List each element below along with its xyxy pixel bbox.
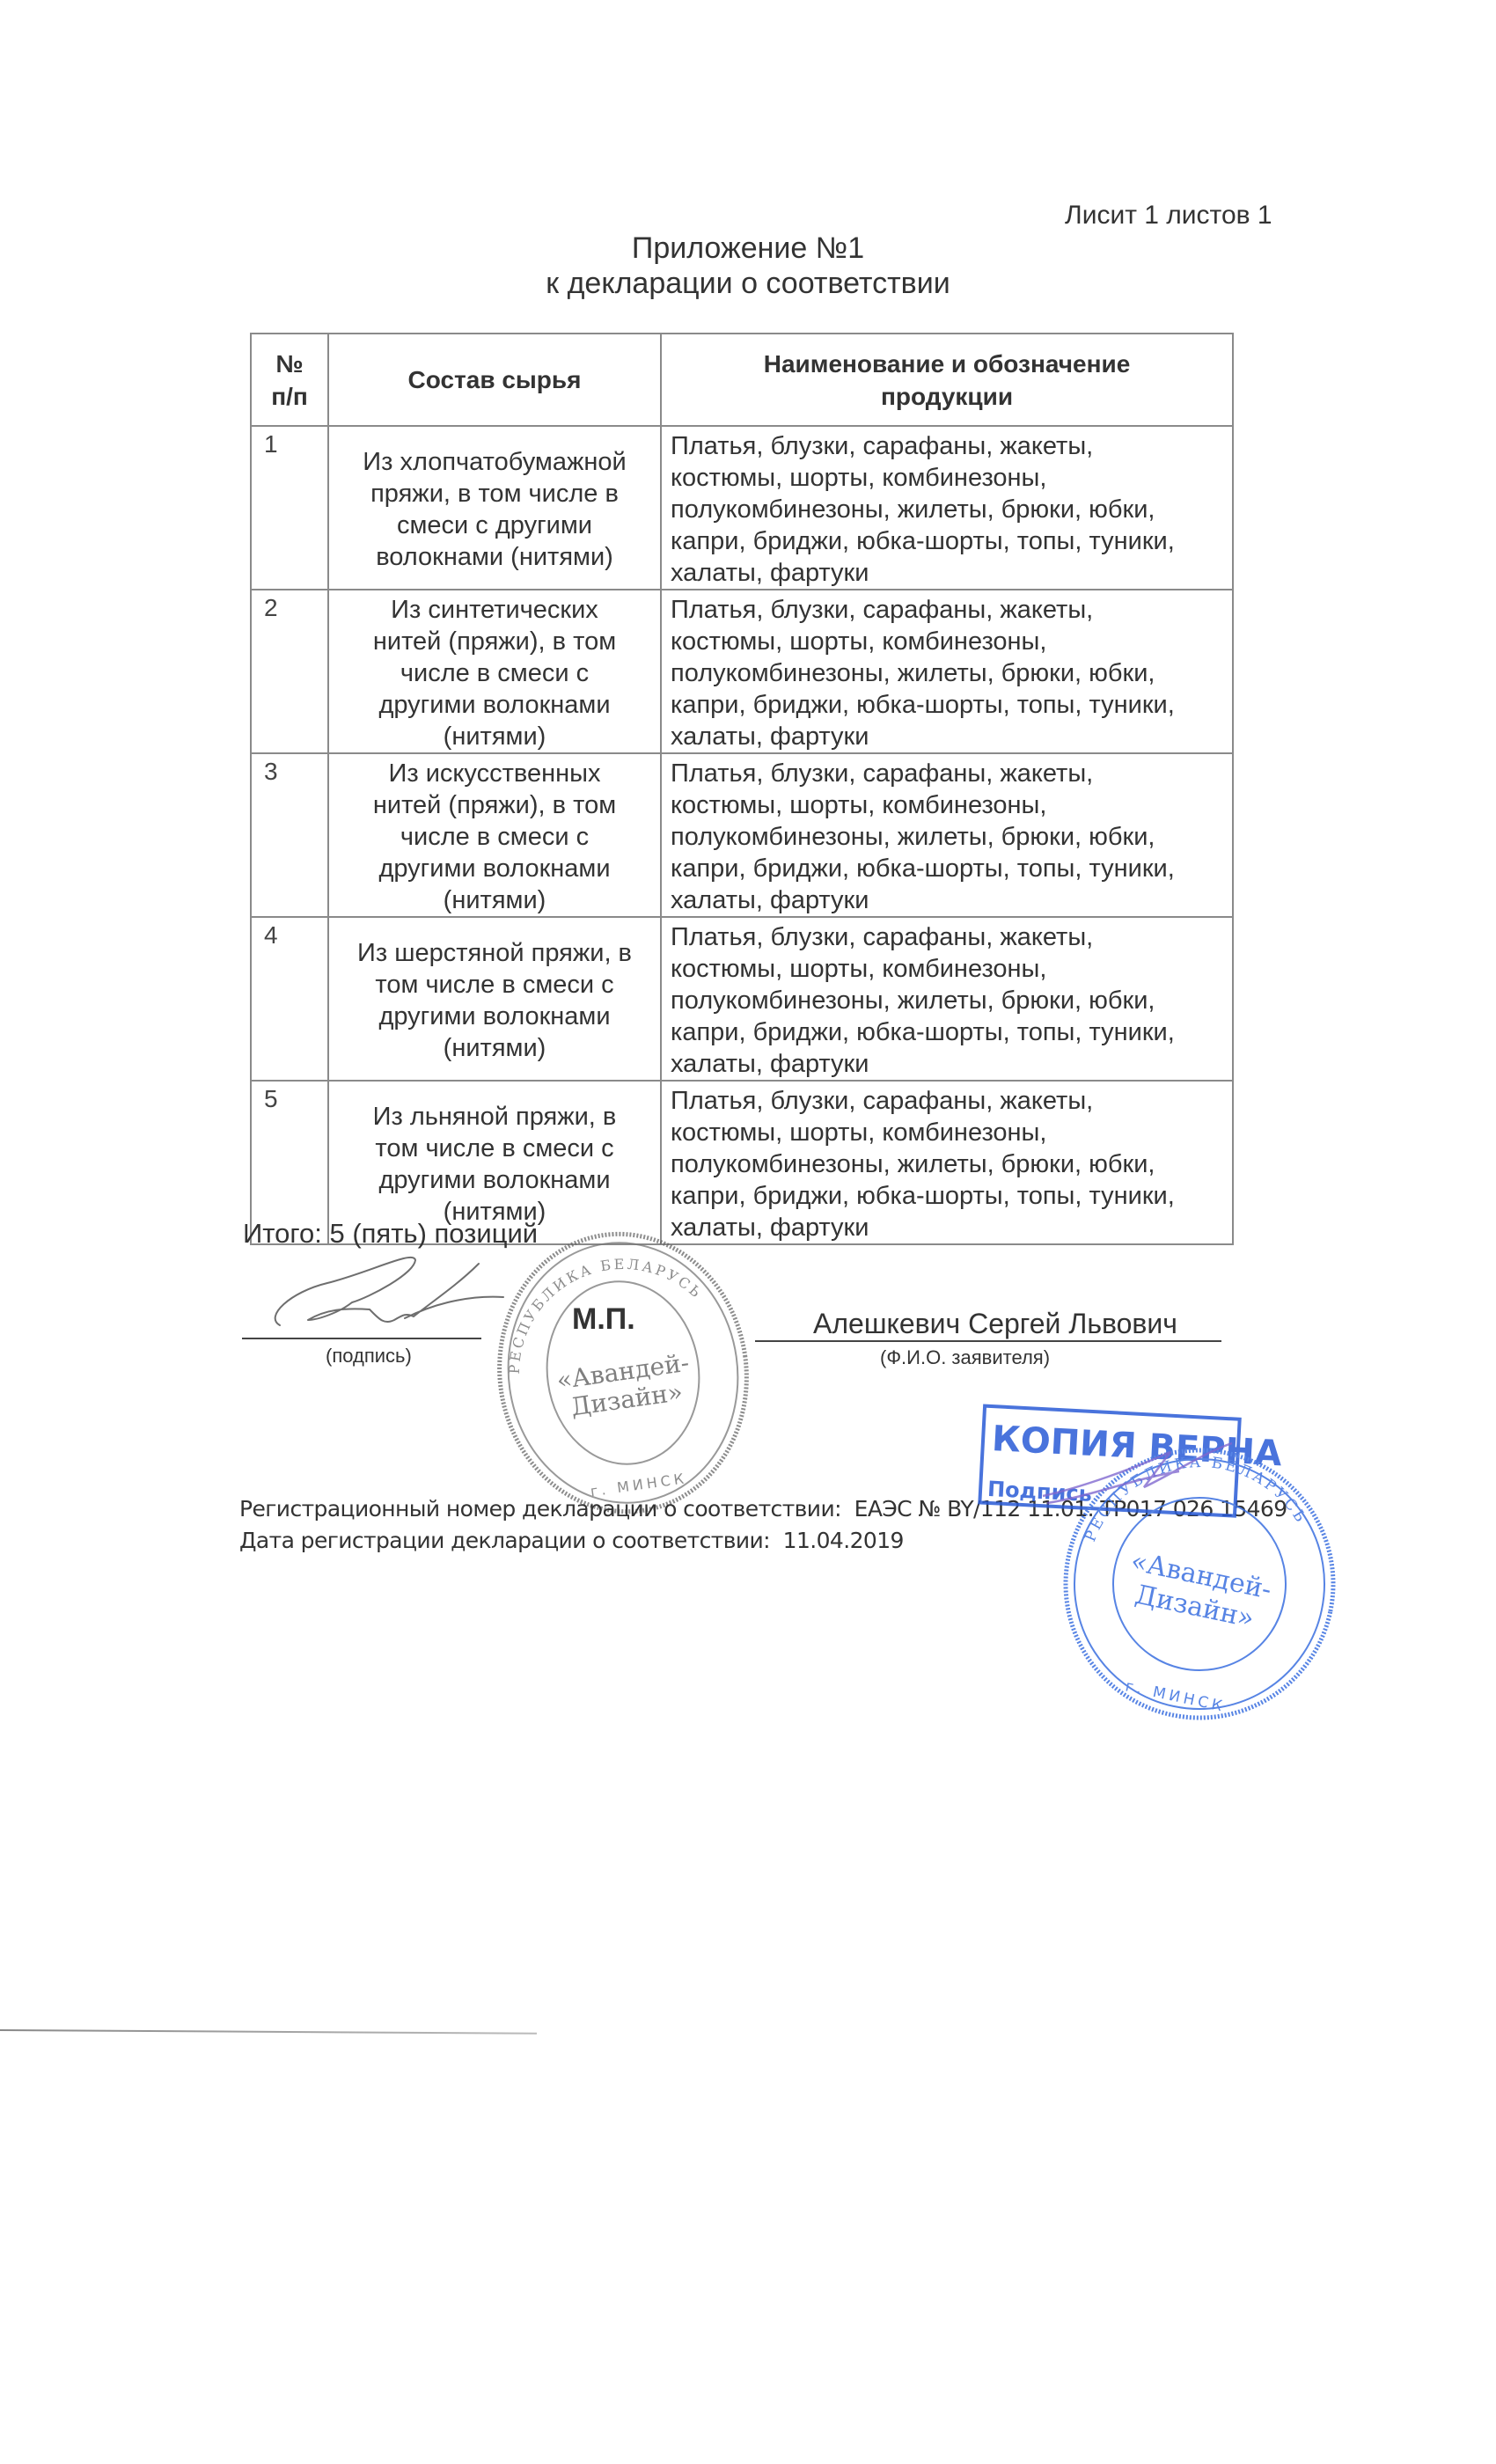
applicant-name: Алешкевич Сергей Львович — [813, 1308, 1177, 1340]
document-subtitle: к декларации о соответствии — [0, 266, 1496, 301]
table-row: 3Из искусственныхнитей (пряжи), в томчис… — [251, 753, 1233, 917]
row-number: 4 — [251, 917, 328, 1081]
row-composition: Из шерстяной пряжи, втом числе в смеси с… — [328, 917, 661, 1081]
row-number: 1 — [251, 426, 328, 590]
svg-text:Дизайн»: Дизайн» — [569, 1377, 685, 1421]
row-composition: Из синтетическихнитей (пряжи), в томчисл… — [328, 590, 661, 753]
table-row: 1Из хлопчатобумажнойпряжи, в том числе в… — [251, 426, 1233, 590]
registration-number: Регистрационный номер декларации о соотв… — [239, 1496, 1287, 1522]
products-table: № п/п Состав сырья Наименование и обозна… — [250, 333, 1234, 1245]
sheet-label: Лисит 1 листов 1 — [1065, 201, 1272, 231]
row-composition: Из хлопчатобумажнойпряжи, в том числе вс… — [328, 426, 661, 590]
applicant-name-caption: (Ф.И.О. заявителя) — [880, 1346, 1050, 1369]
row-products: Платья, блузки, сарафаны, жакеты,костюмы… — [661, 753, 1233, 917]
row-products: Платья, блузки, сарафаны, жакеты,костюмы… — [661, 917, 1233, 1081]
column-header-number: № п/п — [251, 334, 328, 426]
signature-caption: (подпись) — [326, 1345, 412, 1368]
row-number: 2 — [251, 590, 328, 753]
row-number: 3 — [251, 753, 328, 917]
registration-date: Дата регистрации декларации о соответств… — [239, 1528, 904, 1553]
svg-text:КОПИЯ ВЕРНА: КОПИЯ ВЕРНА — [991, 1419, 1283, 1474]
signature-line — [242, 1338, 481, 1339]
svg-text:«Авандей-: «Авандей- — [555, 1348, 692, 1396]
page-fold-line — [0, 2029, 537, 2035]
seal-placeholder-label: М.П. — [572, 1302, 635, 1337]
total-positions: Итого: 5 (пять) позиций — [243, 1218, 538, 1250]
svg-text:«Авандей-: «Авандей- — [1128, 1546, 1274, 1606]
row-products: Платья, блузки, сарафаны, жакеты,костюмы… — [661, 426, 1233, 590]
row-products: Платья, блузки, сарафаны, жакеты,костюмы… — [661, 1081, 1233, 1244]
row-composition: Из искусственныхнитей (пряжи), в томчисл… — [328, 753, 661, 917]
row-products: Платья, блузки, сарафаны, жакеты,костюмы… — [661, 590, 1233, 753]
applicant-name-line — [755, 1340, 1221, 1342]
column-header-product: Наименование и обозначение продукции — [661, 334, 1233, 426]
svg-text:г. МИНСК: г. МИНСК — [1124, 1677, 1227, 1716]
svg-text:Дизайн»: Дизайн» — [1133, 1580, 1257, 1635]
column-header-composition: Состав сырья — [328, 334, 661, 426]
table-row: 4Из шерстяной пряжи, втом числе в смеси … — [251, 917, 1233, 1081]
table-header-row: № п/п Состав сырья Наименование и обозна… — [251, 334, 1233, 426]
table-row: 2Из синтетическихнитей (пряжи), в томчис… — [251, 590, 1233, 753]
document-title: Приложение №1 — [0, 231, 1496, 266]
